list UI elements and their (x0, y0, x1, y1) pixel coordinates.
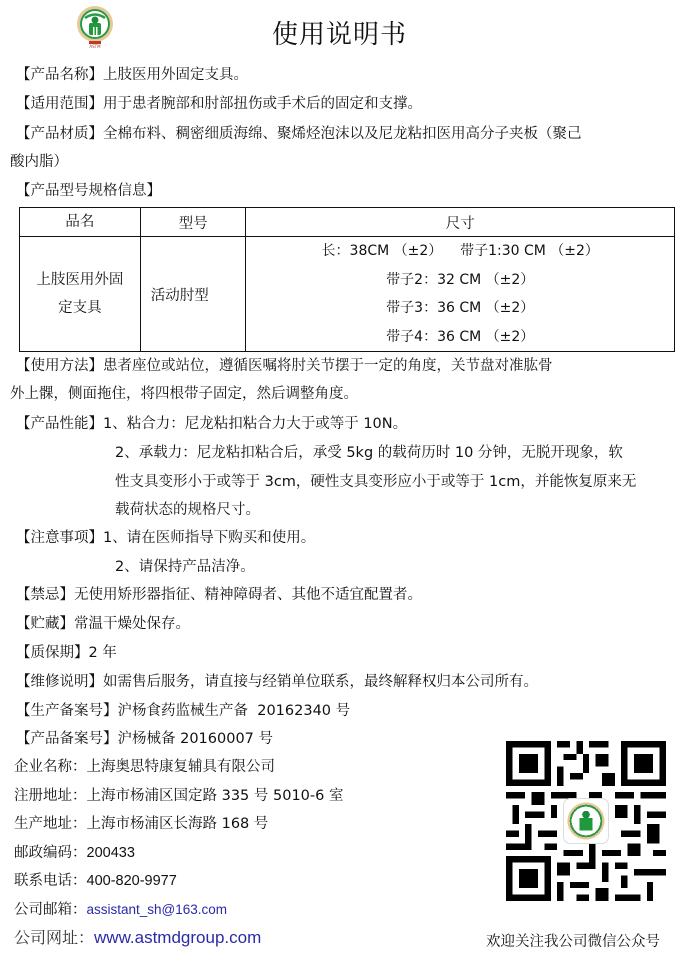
size-line-2: 带子2：32 CM （±2） (246, 266, 674, 295)
reg-address-value: 上海市杨浦区国定路 335 号 5010-6 室 (87, 788, 344, 804)
notes-row: 【注意事项】1、请在医师指导下购买和使用。 (16, 528, 315, 548)
product-record-label: 【产品备案号】 (16, 731, 118, 747)
email-link[interactable]: assistant_sh@163.com (87, 902, 228, 917)
product-record-value: 沪杨械备 20160007 号 (118, 731, 274, 747)
prod-address-label: 生产地址： (14, 816, 87, 832)
performance-row: 【产品性能】1、粘合力：尼龙粘扣粘合力大于或等于 10N。 (16, 414, 407, 434)
table-header-row: 品名 型号 尺寸 (20, 208, 675, 237)
phone-label: 联系电话： (14, 873, 87, 889)
postcode-row: 邮政编码：200433 (14, 843, 135, 863)
performance-item1: 1、粘合力：尼龙粘扣粘合力大于或等于 10N。 (103, 416, 407, 432)
prod-address-value: 上海市杨浦区长海路 168 号 (87, 816, 269, 832)
svg-text:ASTM: ASTM (89, 44, 101, 49)
wechat-qr-code-icon (505, 741, 667, 901)
product-name-row: 【产品名称】上肢医用外固定支具。 (16, 65, 248, 85)
repair-label: 【维修说明】 (16, 674, 103, 690)
phone-row: 联系电话：400-820-9977 (14, 871, 177, 891)
email-label: 公司邮箱： (14, 902, 87, 918)
production-record-row: 【生产备案号】沪杨食药监械生产备 20162340 号 (16, 701, 350, 721)
product-name-value: 上肢医用外固定支具。 (103, 67, 248, 83)
reg-address-label: 注册地址： (14, 788, 87, 804)
scope-row: 【适用范围】用于患者腕部和肘部扭伤或手术后的固定和支撑。 (16, 94, 422, 114)
storage-label: 【贮藏】 (16, 616, 74, 632)
size-line-3: 带子3：36 CM （±2） (246, 294, 674, 323)
material-label: 【产品材质】 (16, 126, 103, 142)
notes-label: 【注意事项】 (16, 530, 103, 546)
notes-item2: 2、请保持产品洁净。 (115, 557, 255, 577)
warranty-value: 2 年 (89, 645, 117, 661)
contraindication-value: 无使用矫形器指征、精神障碍者、其他不适宜配置者。 (74, 587, 422, 603)
product-name-line2: 定支具 (26, 294, 134, 322)
spec-heading: 【产品型号规格信息】 (16, 181, 161, 201)
website-link[interactable]: www.astmdgroup.com (94, 928, 261, 947)
production-record-value: 沪杨食药监械生产备 20162340 号 (118, 703, 351, 719)
website-label: 公司网址： (14, 928, 94, 947)
production-record-label: 【生产备案号】 (16, 703, 118, 719)
header-product-name: 品名 (20, 208, 141, 237)
page-title: 使用说明书 (272, 14, 407, 51)
usage-row: 【使用方法】患者座位或站位，遵循医嘱将肘关节摆于一定的角度，关节盘对准肱骨 (16, 356, 553, 376)
cell-sizes: 长：38CM （±2） 带子1:30 CM （±2） 带子2：32 CM （±2… (246, 237, 675, 352)
product-name-line1: 上肢医用外固 (26, 266, 134, 294)
reg-address-row: 注册地址：上海市杨浦区国定路 335 号 5010-6 室 (14, 786, 343, 806)
material-row: 【产品材质】全棉布料、稠密细质海绵、聚烯烃泡沫以及尼龙粘扣医用高分子夹板（聚己 (16, 124, 582, 144)
company-logo-icon: ASTM (76, 5, 114, 49)
header-size: 尺寸 (246, 208, 675, 237)
qr-caption: 欢迎关注我公司微信公众号 (486, 930, 660, 951)
postcode-label: 邮政编码： (14, 845, 87, 861)
phone-value: 400-820-9977 (87, 873, 177, 889)
performance-item2-line3: 载荷状态的规格尺寸。 (115, 500, 260, 520)
warranty-label: 【质保期】 (16, 645, 89, 661)
website-row: 公司网址：www.astmdgroup.com (14, 928, 261, 948)
spec-table: 品名 型号 尺寸 上肢医用外固 定支具 活动肘型 长：38CM （±2） 带子1… (19, 207, 675, 352)
material-value-line2: 酸内脂） (10, 152, 68, 172)
usage-value-line2: 外上髁，侧面拖住，将四根带子固定，然后调整角度。 (10, 384, 358, 404)
repair-row: 【维修说明】如需售后服务，请直接与经销单位联系，最终解释权归本公司所有。 (16, 672, 538, 692)
product-record-row: 【产品备案号】沪杨械备 20160007 号 (16, 729, 273, 749)
postcode-value: 200433 (87, 845, 135, 861)
size-line-1: 长：38CM （±2） 带子1:30 CM （±2） (246, 237, 674, 266)
email-row: 公司邮箱：assistant_sh@163.com (14, 900, 227, 920)
header-model: 型号 (140, 208, 246, 237)
scope-value: 用于患者腕部和肘部扭伤或手术后的固定和支撑。 (103, 96, 422, 112)
product-name-label: 【产品名称】 (16, 67, 103, 83)
notes-item1: 1、请在医师指导下购买和使用。 (103, 530, 315, 546)
performance-item2-line1: 2、承载力：尼龙粘扣粘合后，承受 5kg 的载荷历时 10 分钟，无脱开现象，软 (115, 443, 623, 463)
table-row: 上肢医用外固 定支具 活动肘型 长：38CM （±2） 带子1:30 CM （±… (20, 237, 675, 352)
usage-label: 【使用方法】 (16, 358, 103, 374)
storage-value: 常温干燥处保存。 (74, 616, 190, 632)
storage-row: 【贮藏】常温干燥处保存。 (16, 614, 190, 634)
size-line-4: 带子4：36 CM （±2） (246, 323, 674, 352)
contraindication-row: 【禁忌】无使用矫形器指征、精神障碍者、其他不适宜配置者。 (16, 585, 422, 605)
company-name-label: 企业名称： (14, 759, 87, 775)
material-value-line1: 全棉布料、稠密细质海绵、聚烯烃泡沫以及尼龙粘扣医用高分子夹板（聚己 (103, 126, 582, 142)
cell-product-name: 上肢医用外固 定支具 (20, 237, 141, 352)
cell-model: 活动肘型 (140, 237, 246, 352)
prod-address-row: 生产地址：上海市杨浦区长海路 168 号 (14, 814, 268, 834)
performance-item2-line2: 性支具变形小于或等于 3cm，硬性支具变形应小于或等于 1cm，并能恢复原来无 (115, 472, 636, 492)
scope-label: 【适用范围】 (16, 96, 103, 112)
performance-label: 【产品性能】 (16, 416, 103, 432)
contraindication-label: 【禁忌】 (16, 587, 74, 603)
warranty-row: 【质保期】2 年 (16, 643, 117, 663)
repair-value: 如需售后服务，请直接与经销单位联系，最终解释权归本公司所有。 (103, 674, 538, 690)
usage-value-line1: 患者座位或站位，遵循医嘱将肘关节摆于一定的角度，关节盘对准肱骨 (103, 358, 553, 374)
company-name-row: 企业名称：上海奥思特康复辅具有限公司 (14, 757, 275, 777)
company-name-value: 上海奥思特康复辅具有限公司 (87, 759, 276, 775)
